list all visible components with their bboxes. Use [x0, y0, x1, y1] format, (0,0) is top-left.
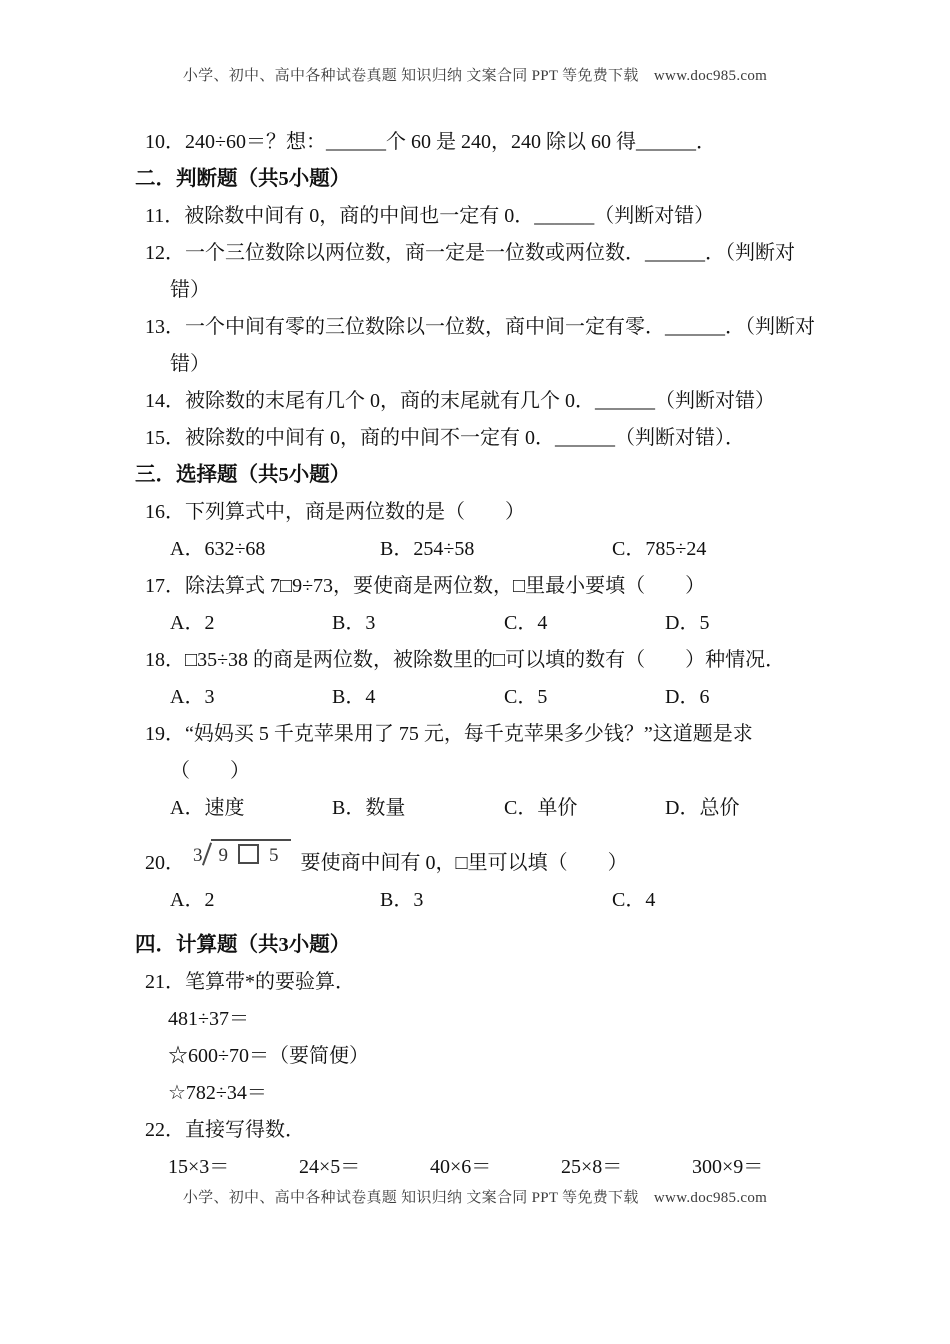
question-12-line1: 12．一个三位数除以两位数，商一定是一位数或两位数．______．（判断对 [0, 235, 950, 272]
question-10: 10．240÷60＝？想：______个 60 是 240，240 除以 60 … [0, 124, 950, 161]
option-a: A．632÷68 [170, 531, 380, 568]
long-division-figure: 395 [193, 839, 291, 866]
header-text: 小学、初中、高中各种试卷真题 知识归纳 文案合同 PPT 等免费下载 www.d… [183, 68, 767, 84]
question-21-expression-3: ☆782÷34＝ [0, 1075, 950, 1112]
question-19-options: A．速度 B．数量 C．单价 D．总价 [0, 790, 950, 827]
question-20-options: A．2 B．3 C．4 [0, 882, 950, 919]
worksheet-content: 10．240÷60＝？想：______个 60 是 240，240 除以 60 … [0, 124, 950, 1186]
question-16-options: A．632÷68 B．254÷58 C．785÷24 [0, 531, 950, 568]
option-d: D．5 [665, 605, 709, 642]
question-21-expression-2: ☆600÷70＝（要简便） [0, 1038, 950, 1075]
option-b: B．254÷58 [380, 531, 612, 568]
option-a: A．2 [170, 882, 380, 919]
equation-2: 24×5＝ [299, 1149, 430, 1186]
question-14: 14．被除数的末尾有几个 0，商的末尾就有几个 0．______（判断对错） [0, 383, 950, 420]
dividend-digit-right: 5 [269, 845, 279, 866]
question-18-options: A．3 B．4 C．5 D．6 [0, 679, 950, 716]
option-a: A．3 [170, 679, 332, 716]
page-footer-watermark: 小学、初中、高中各种试卷真题 知识归纳 文案合同 PPT 等免费下载 www.d… [0, 1186, 950, 1207]
footer-text: 小学、初中、高中各种试卷真题 知识归纳 文案合同 PPT 等免费下载 www.d… [183, 1190, 767, 1206]
worksheet-page: 小学、初中、高中各种试卷真题 知识归纳 文案合同 PPT 等免费下载 www.d… [0, 0, 950, 1344]
question-20: 20．395要使商中间有 0，□里可以填（ ） [0, 827, 950, 882]
question-13-line2: 错） [0, 346, 950, 383]
division-dividend: 95 [211, 839, 291, 866]
option-c: C．4 [612, 882, 655, 919]
section-3-heading: 三．选择题（共5小题） [0, 457, 950, 494]
question-19-line1: 19．“妈妈买 5 千克苹果用了 75 元，每千克苹果多少钱？”这道题是求 [0, 716, 950, 753]
question-22-equations: 15×3＝ 24×5＝ 40×6＝ 25×8＝ 300×9＝ [0, 1149, 950, 1186]
equation-5: 300×9＝ [692, 1149, 823, 1186]
option-b: B．4 [332, 679, 504, 716]
dividend-digit-left: 9 [219, 845, 229, 866]
question-21: 21．笔算带*的要验算． [0, 964, 950, 1001]
question-21-expression-1: 481÷37＝ [0, 1001, 950, 1038]
option-a: A．2 [170, 605, 332, 642]
page-header-watermark: 小学、初中、高中各种试卷真题 知识归纳 文案合同 PPT 等免费下载 www.d… [0, 64, 950, 85]
option-c: C．5 [504, 679, 665, 716]
question-16: 16．下列算式中，商是两位数的是（ ） [0, 494, 950, 531]
equation-4: 25×8＝ [561, 1149, 692, 1186]
option-c: C．4 [504, 605, 665, 642]
option-b: B．3 [380, 882, 612, 919]
option-a: A．速度 [170, 790, 332, 827]
option-b: B．3 [332, 605, 504, 642]
question-17: 17．除法算式 7□9÷73，要使商是两位数，□里最小要填（ ） [0, 568, 950, 605]
question-12-line2: 错） [0, 272, 950, 309]
question-19-line2: （ ） [0, 753, 950, 790]
section-2-heading: 二．判断题（共5小题） [0, 161, 950, 198]
section-4-heading: 四．计算题（共3小题） [0, 927, 950, 964]
option-b: B．数量 [332, 790, 504, 827]
question-22: 22．直接写得数． [0, 1112, 950, 1149]
question-11: 11．被除数中间有 0，商的中间也一定有 0．______（判断对错） [0, 198, 950, 235]
question-17-options: A．2 B．3 C．4 D．5 [0, 605, 950, 642]
option-c: C．785÷24 [612, 531, 706, 568]
option-c: C．单价 [504, 790, 665, 827]
question-15: 15．被除数的中间有 0，商的中间不一定有 0．______（判断对错）． [0, 420, 950, 457]
dividend-blank-box [238, 844, 259, 864]
question-20-text: 要使商中间有 0，□里可以填（ ） [301, 852, 628, 874]
option-d: D．总价 [665, 790, 739, 827]
equation-1: 15×3＝ [168, 1149, 299, 1186]
equation-3: 40×6＝ [430, 1149, 561, 1186]
option-d: D．6 [665, 679, 709, 716]
question-18: 18．□35÷38 的商是两位数，被除数里的□可以填的数有（ ）种情况． [0, 642, 950, 679]
question-13-line1: 13．一个中间有零的三位数除以一位数，商中间一定有零．______．（判断对 [0, 309, 950, 346]
question-20-number: 20． [145, 852, 185, 874]
